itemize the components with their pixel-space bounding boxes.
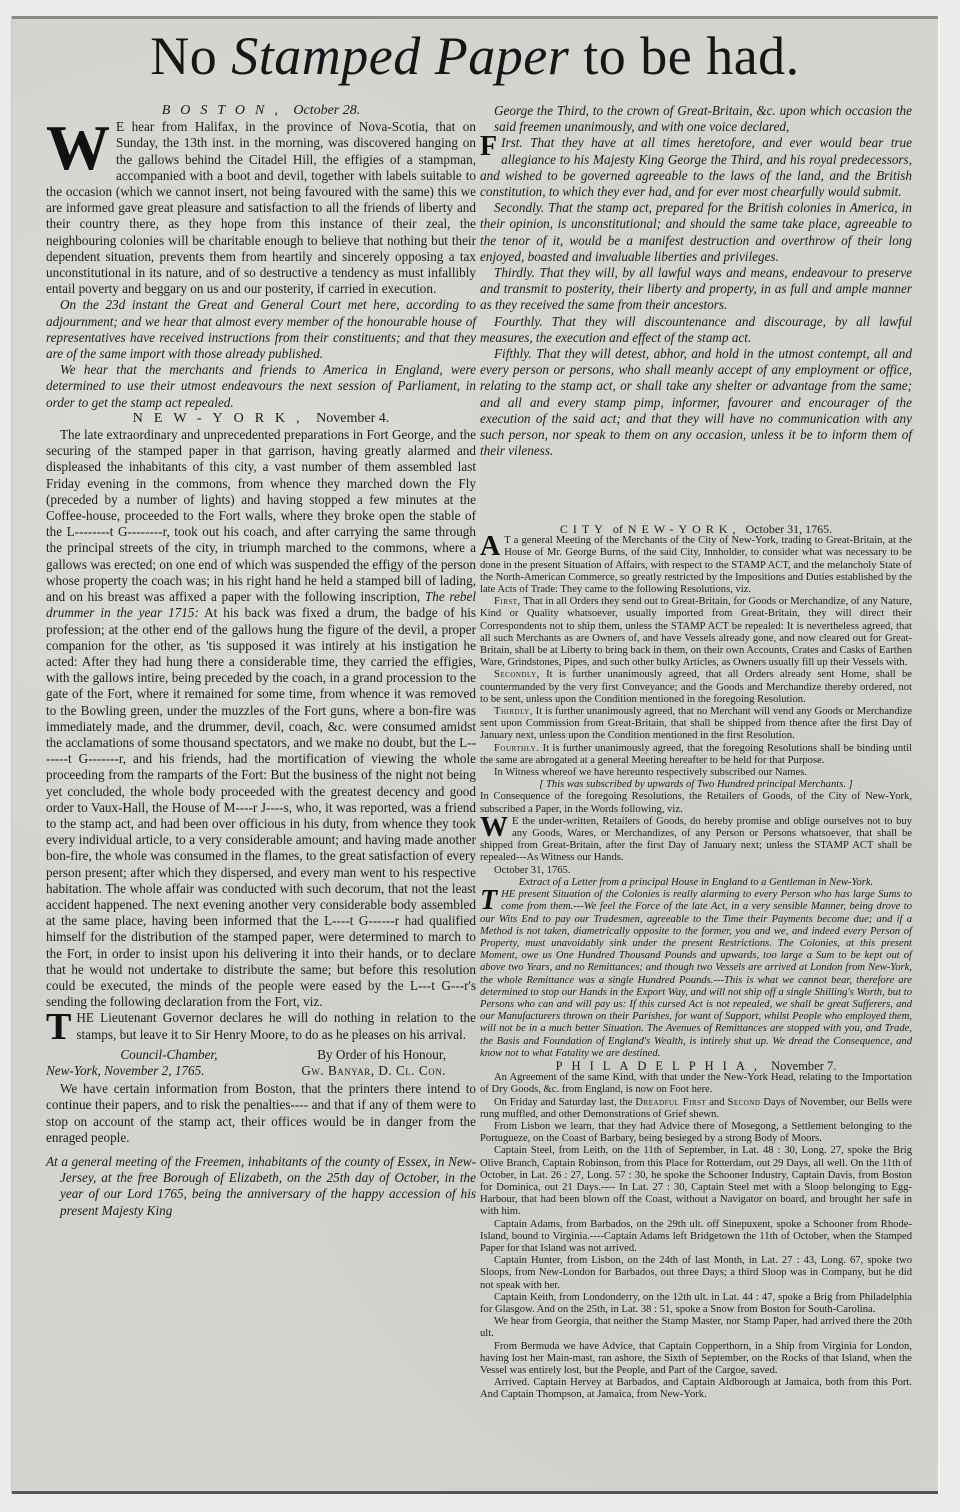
resolution-label: First, [494,596,521,607]
masthead-word-italic: Paper [435,26,569,86]
merchants-resolution-third: Thirdly, It is further unanimously agree… [480,706,912,743]
essex-meeting-continued: George the Third, to the crown of Great-… [480,103,912,135]
dateline-place: PHILADELPHIA, [556,1059,766,1073]
boston-dateline: BOSTON, October 28. [46,103,476,119]
resolution-first: F Irst. That they have at all times here… [480,135,912,200]
resolution-fourth: Fourthly. That they will discountenance … [480,314,912,346]
resolution-second: Secondly. That the stamp act, prepared f… [480,200,912,265]
resolution-third: Thirdly. That they will, by all lawful w… [480,265,912,314]
retailers-date: October 31, 1765. [480,865,912,877]
signature-name: Gw. Banyar, D. Cl. Con. [301,1063,446,1079]
dateline-place: BOSTON, [162,103,288,118]
captain-hunter-news: Captain Hunter, from Lisbon, on the 24th… [480,1255,912,1292]
emphasis-text: Dreadful First [635,1097,706,1108]
drop-cap: W [46,121,110,175]
ny-dateline: NEW-YORK, November 4. [46,411,476,427]
philadelphia-agreement: An Agreement of the same Kind, with that… [480,1072,912,1096]
philadelphia-mourning: On Friday and Saturday last, the Dreadfu… [480,1097,912,1121]
boston-article-3: We hear that the merchants and friends t… [46,362,476,411]
arrivals-news: Arrived. Captain Hervey at Barbados, and… [480,1377,912,1401]
resolution-text: It is further unanimously agreed, that a… [480,669,912,704]
signature-place: Council-Chamber, [120,1047,217,1063]
resolution-fifth: Fifthly. That they will detest, abhor, a… [480,346,912,459]
dateline-date: October 31, 1765. [746,522,833,536]
retailers-agreement: W E the under-written, Retailers of Good… [480,816,912,865]
letter-extract-heading: Extract of a Letter from a principal Hou… [480,877,912,889]
merchants-resolution-second: Secondly, It is further unanimously agre… [480,669,912,706]
lt-governor-declaration: T HE Lieutenant Governor declares he wil… [46,1010,476,1042]
left-column: BOSTON, October 28. W E hear from Halifa… [46,103,476,1219]
bermuda-news: From Bermuda we have Advice, that Captai… [480,1341,912,1378]
letter-extract: T HE present Situation of the Colonies i… [480,889,912,1060]
article-text: HE present Situation of the Colonies is … [480,889,912,1059]
drop-cap: A [480,535,500,559]
witness-statement: In Witness whereof we have hereunto resp… [480,767,912,779]
merchants-resolution-first: First, That in all Orders they send out … [480,596,912,669]
drop-cap: F [480,135,497,159]
captain-keith-news: Captain Keith, from Londonderry, on the … [480,1292,912,1316]
essex-meeting-intro: At a general meeting of the Freemen, inh… [46,1154,476,1219]
dateline-place: CITY [560,522,608,536]
article-text: E the under-written, Retailers of Goods,… [480,816,912,864]
dateline-date: November 4. [316,411,389,426]
article-text: At his back was fixed a drum, the badge … [46,605,476,1009]
resolution-text: It is further unanimously agreed, that t… [480,743,912,766]
georgia-news: We hear from Georgia, that neither the S… [480,1316,912,1340]
merchants-resolution-fourth: Fourthly. It is further unanimously agre… [480,743,912,767]
lisbon-news: From Lisbon we learn, that they had Advi… [480,1121,912,1145]
boston-article-1: W E hear from Halifax, in the province o… [46,119,476,297]
dateline-date: October 28. [293,103,360,118]
captain-steel-news: Captain Steel, from Leith, on the 11th o… [480,1145,912,1218]
masthead-word-italic: Stamped [231,26,420,86]
resolution-text: It is further unanimously agreed, that n… [480,706,912,741]
signature-order: By Order of his Honour, [317,1047,446,1063]
masthead-word: to be had. [583,26,799,86]
newspaper-page: No Stamped Paper to be had. BOSTON, Octo… [12,16,938,1494]
city-of-ny-dateline: CITY of NEW-YORK, October 31, 1765. [480,523,912,535]
signature-row: New-York, November 2, 1765. Gw. Banyar, … [46,1063,476,1079]
article-text: T a general Meeting of the Merchants of … [480,535,912,595]
drop-cap: W [480,816,508,840]
subscribed-note: [ This was subscribed by upwards of Two … [480,779,912,791]
resolution-label: Fourthly. [494,743,539,754]
merchants-meeting: A T a general Meeting of the Merchants o… [480,535,912,596]
masthead-word: No [150,26,217,86]
article-text: E hear from Halifax, in the province of … [46,119,476,296]
article-text: On Friday and Saturday last, the [494,1097,632,1108]
masthead-title: No Stamped Paper to be had. [12,23,938,89]
drop-cap: T [46,1011,71,1043]
emphasis-text: Second [727,1097,760,1108]
boston-article-2: On the 23d instant the Great and General… [46,297,476,362]
boston-printers-article: We have certain information from Boston,… [46,1081,476,1146]
dateline-place: NEW-YORK, [628,522,741,536]
right-column: George the Third, to the crown of Great-… [480,103,912,459]
philadelphia-dateline: PHILADELPHIA, November 7. [480,1060,912,1072]
resolution-label: Thirdly, [494,706,533,717]
retailers-consequence: In Consequence of the foregoing Resoluti… [480,791,912,815]
article-text: and [709,1097,724,1108]
resolution-label: Secondly, [494,669,540,680]
drop-cap: T [480,889,497,913]
article-text: The late extraordinary and unprecedented… [46,427,476,604]
article-text: HE Lieutenant Governor declares he will … [76,1010,476,1041]
signature-date: New-York, November 2, 1765. [46,1063,205,1079]
right-column-small-type: CITY of NEW-YORK, October 31, 1765. A T … [480,523,912,1402]
dateline-place: NEW-YORK, [133,411,311,426]
resolution-text: Irst. That they have at all times hereto… [480,135,912,199]
ny-article: The late extraordinary and unprecedented… [46,427,476,1010]
dateline-of: of [613,522,623,536]
captain-adams-news: Captain Adams, from Barbados, on the 29t… [480,1219,912,1256]
resolution-text: That in all Orders they send out to Grea… [480,596,912,668]
signature-row: Council-Chamber, By Order of his Honour, [76,1043,476,1063]
dateline-date: November 7. [771,1059,836,1073]
